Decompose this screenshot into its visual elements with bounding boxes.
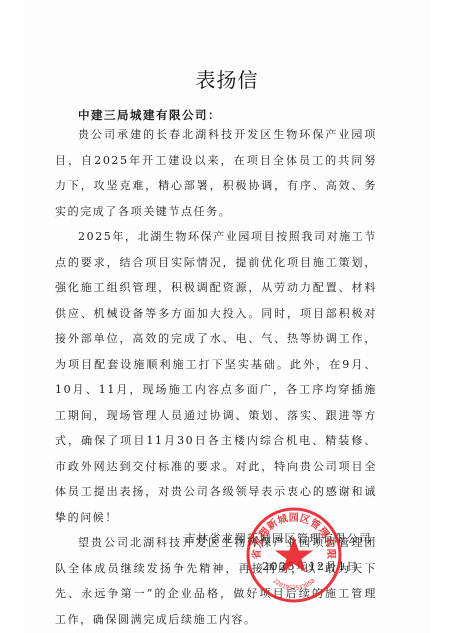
paragraph-2: 2025年，北湖生物环保产业园项目按照我司对施工节点的要求，结合项目实际情况，提…	[55, 224, 377, 530]
signature-date: 2025年12月1日	[262, 558, 359, 574]
letter-title: 表扬信	[0, 64, 454, 93]
salutation: 中建三局城建有限公司：	[78, 107, 221, 123]
letter-body: 贵公司承建的长春北湖科技开发区生物环保产业园项目，自2025年开工建设以来，在项…	[55, 122, 377, 632]
paragraph-1: 贵公司承建的长春北湖科技开发区生物环保产业园项目，自2025年开工建设以来，在项…	[55, 122, 377, 224]
signature-organization: 吉林省龙翔新城园区管理有限公司	[185, 530, 373, 546]
